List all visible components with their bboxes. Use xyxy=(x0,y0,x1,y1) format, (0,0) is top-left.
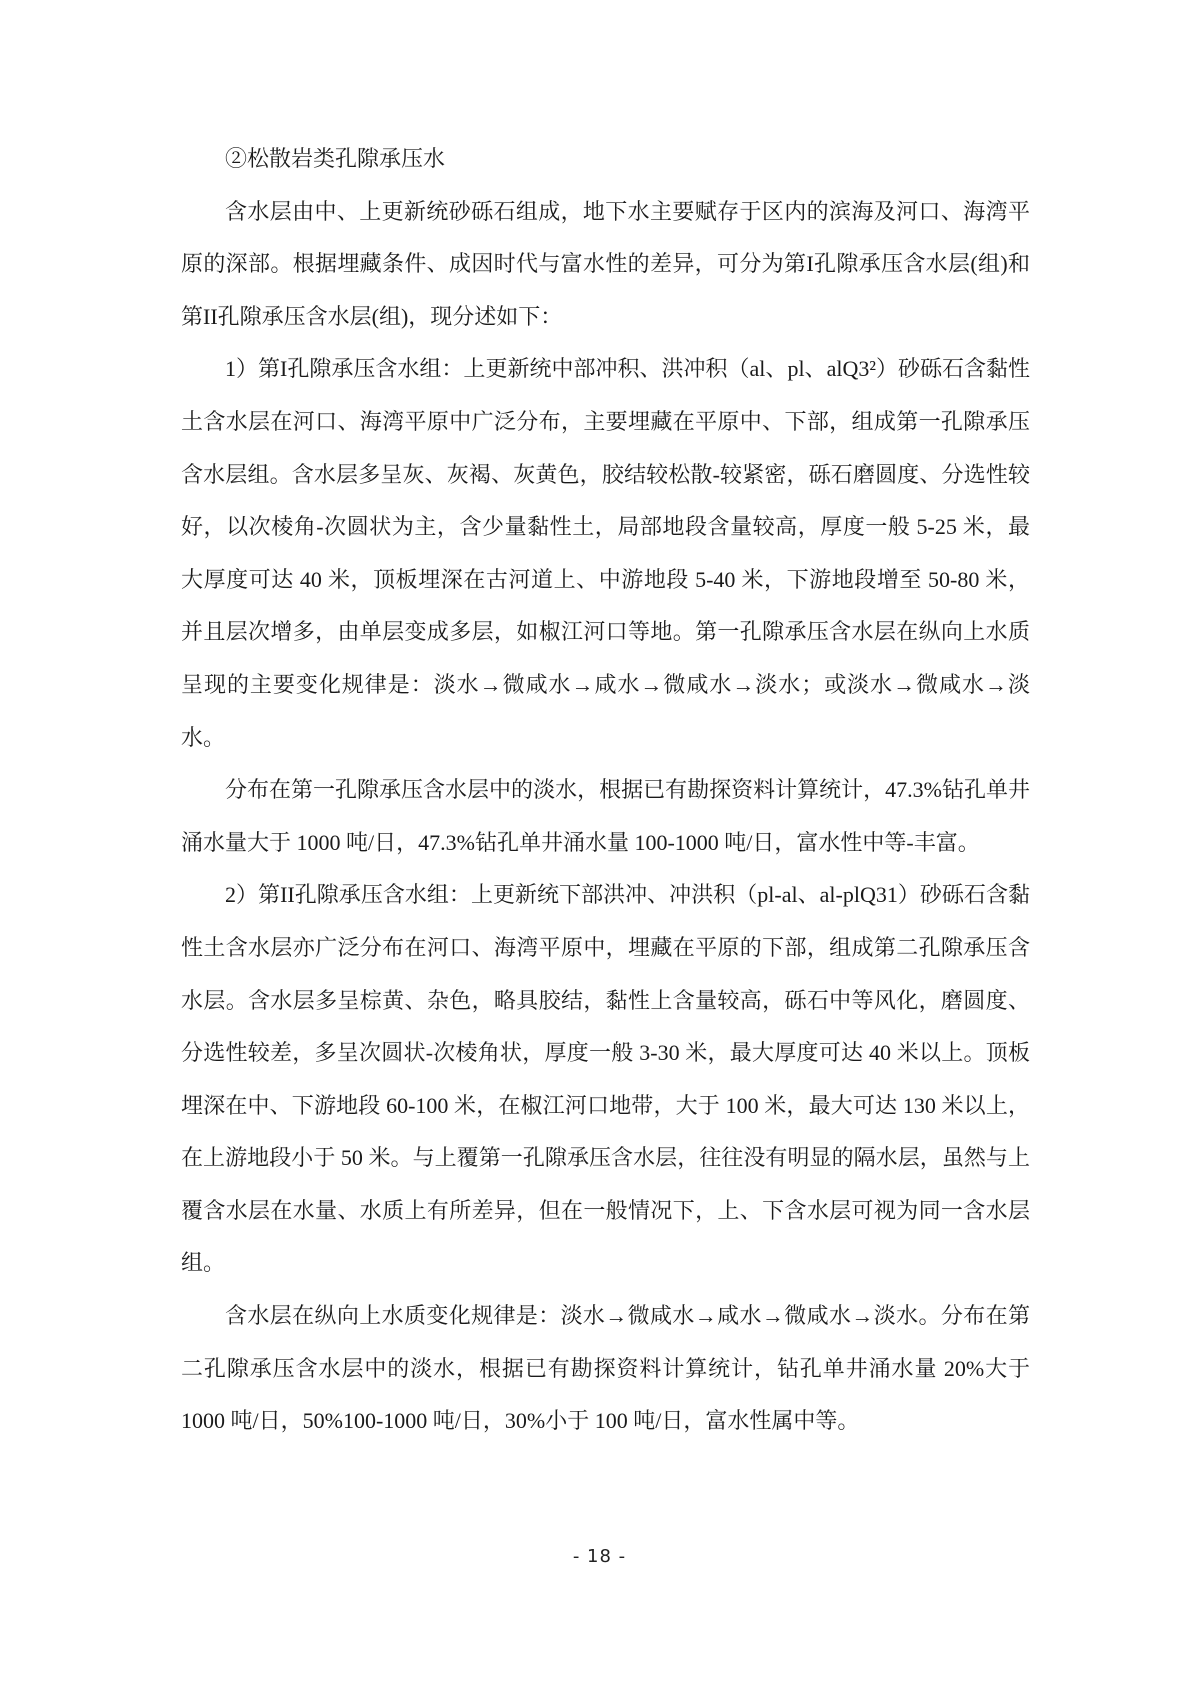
section-heading: ②松散岩类孔隙承压水 xyxy=(181,133,1030,186)
aquifer-group-1-yield-paragraph: 分布在第一孔隙承压含水层中的淡水，根据已有勘探资料计算统计，47.3%钻孔单井涌… xyxy=(181,764,1030,869)
intro-paragraph: 含水层由中、上更新统砂砾石组成，地下水主要赋存于区内的滨海及河口、海湾平原的深部… xyxy=(181,186,1030,344)
aquifer-group-1-paragraph: 1）第I孔隙承压含水组：上更新统中部冲积、洪冲积（al、pl、alQ3²）砂砾石… xyxy=(181,343,1030,764)
aquifer-group-2-paragraph: 2）第II孔隙承压含水组：上更新统下部洪冲、冲洪积（pl-al、al-plQ31… xyxy=(181,869,1030,1290)
page-footer: - 18 - xyxy=(0,1546,1199,1567)
document-body: ②松散岩类孔隙承压水 含水层由中、上更新统砂砾石组成，地下水主要赋存于区内的滨海… xyxy=(181,133,1030,1448)
page-number: - 18 - xyxy=(573,1546,626,1567)
aquifer-group-2-yield-paragraph: 含水层在纵向上水质变化规律是：淡水→微咸水→咸水→微咸水→淡水。分布在第二孔隙承… xyxy=(181,1290,1030,1448)
document-page: ②松散岩类孔隙承压水 含水层由中、上更新统砂砾石组成，地下水主要赋存于区内的滨海… xyxy=(0,0,1199,1696)
